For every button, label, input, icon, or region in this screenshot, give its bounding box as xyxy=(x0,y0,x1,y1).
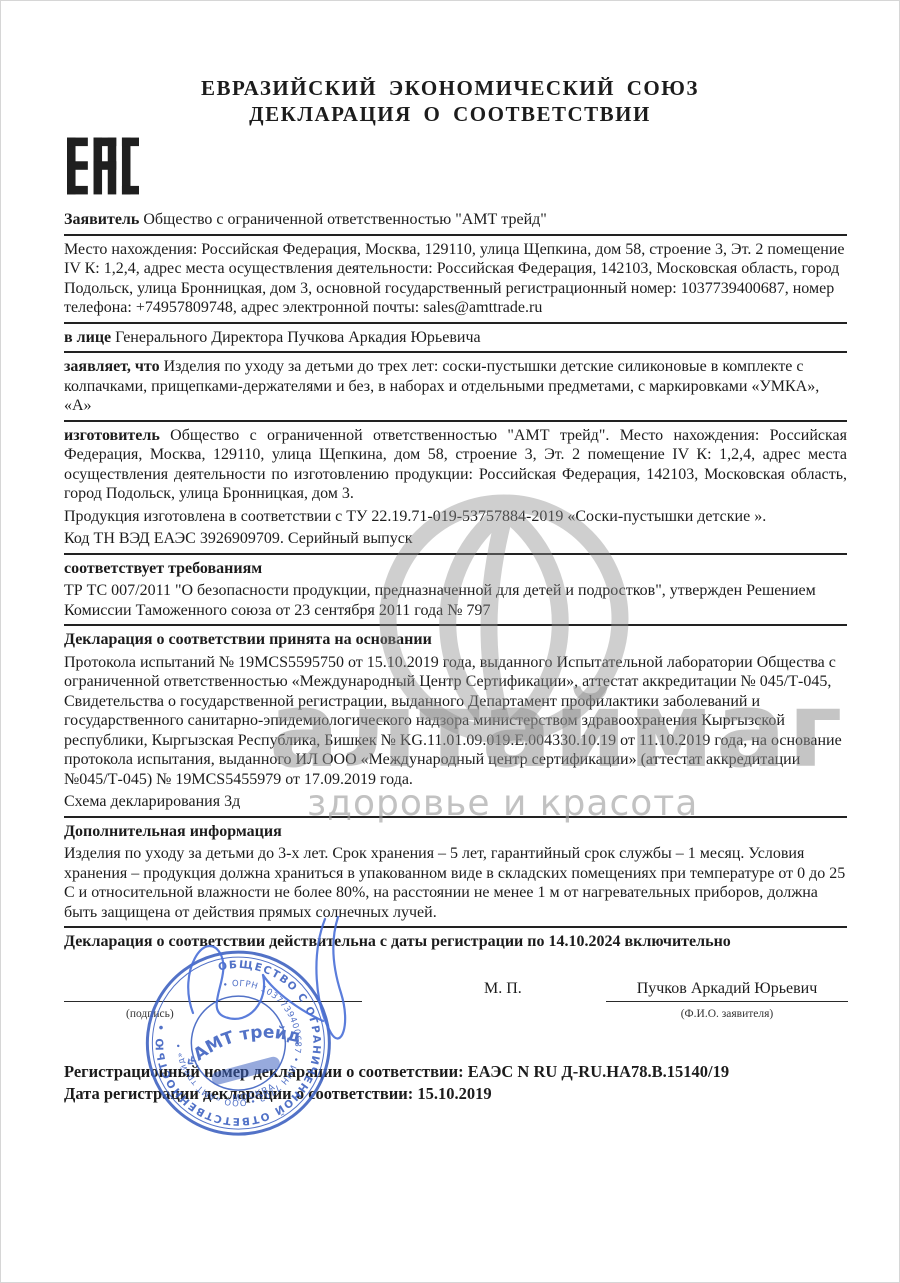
section-divider xyxy=(64,553,847,555)
declares-value: Изделия по уходу за детьми до трех лет: … xyxy=(64,358,819,414)
declares-label: заявляет, что xyxy=(64,358,160,375)
applicant-value: Общество с ограниченной ответственностью… xyxy=(139,211,546,228)
person-label: в лице xyxy=(64,329,111,346)
applicant-fio-name: Пучков Аркадий Юрьевич xyxy=(606,979,848,999)
declaration-document: ЕВРАЗИЙСКИЙ ЭКОНОМИЧЕСКИЙ СОЮЗ ДЕКЛАРАЦИ… xyxy=(0,0,900,1283)
fio-caption: (Ф.И.О. заявителя) xyxy=(606,1005,848,1025)
person-line: в лице Генерального Директора Пучкова Ар… xyxy=(64,328,847,348)
section-divider xyxy=(64,420,847,422)
address-paragraph: Место нахождения: Российская Федерация, … xyxy=(64,240,847,318)
scheme-line: Схема декларирования 3д xyxy=(64,792,847,812)
basis-heading: Декларация о соответствии принята на осн… xyxy=(64,630,847,650)
title-union: ЕВРАЗИЙСКИЙ ЭКОНОМИЧЕСКИЙ СОЮЗ xyxy=(1,75,899,101)
section-divider xyxy=(64,351,847,353)
manufacturer-label: изготовитель xyxy=(64,427,160,444)
production-standard-line: Продукция изготовлена в соответствии с Т… xyxy=(64,507,847,527)
additional-paragraph: Изделия по уходу за детьми до 3-х лет. С… xyxy=(64,844,847,922)
manufacturer-value: Общество с ограниченной ответственностью… xyxy=(64,427,847,503)
section-divider xyxy=(64,624,847,626)
applicant-label: Заявитель xyxy=(64,211,139,228)
handwritten-signature xyxy=(173,913,403,1063)
declares-paragraph: заявляет, что Изделия по уходу за детьми… xyxy=(64,357,847,416)
document-title: ЕВРАЗИЙСКИЙ ЭКОНОМИЧЕСКИЙ СОЮЗ ДЕКЛАРАЦИ… xyxy=(1,75,899,127)
title-declaration: ДЕКЛАРАЦИЯ О СООТВЕТСТВИИ xyxy=(1,101,899,127)
eac-logo-icon xyxy=(67,137,139,200)
manufacturer-paragraph: изготовитель Общество с ограниченной отв… xyxy=(64,426,847,504)
conforms-heading: соответствует требованиям xyxy=(64,559,847,579)
conforms-paragraph: ТР ТС 007/2011 "О безопасности продукции… xyxy=(64,581,847,620)
applicant-line: Заявитель Общество с ограниченной ответс… xyxy=(64,210,847,230)
signature-line-right xyxy=(606,1001,848,1002)
person-value: Генерального Директора Пучкова Аркадия Ю… xyxy=(111,329,480,346)
additional-heading: Дополнительная информация xyxy=(64,822,847,842)
section-divider xyxy=(64,816,847,818)
section-divider xyxy=(64,234,847,236)
section-divider xyxy=(64,322,847,324)
production-code-line: Код ТН ВЭД ЕАЭС 3926909709. Серийный вып… xyxy=(64,529,847,549)
stamp-place-label: М. П. xyxy=(484,979,522,999)
basis-paragraph: Протокола испытаний № 19MCS5595750 от 15… xyxy=(64,653,847,790)
